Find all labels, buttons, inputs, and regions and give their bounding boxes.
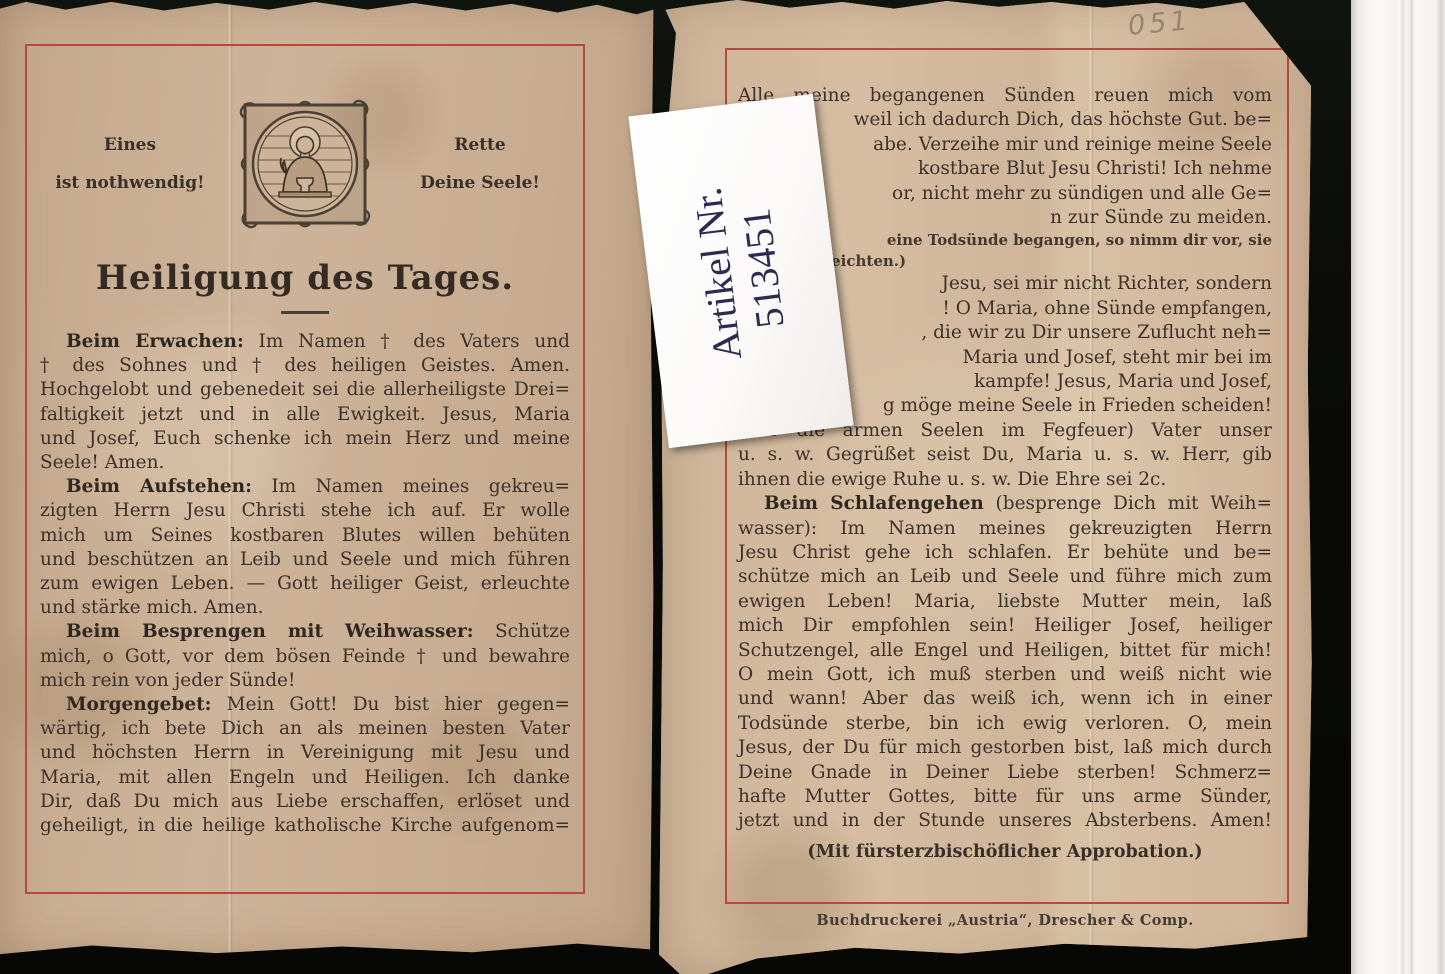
text-line: Beim Besprengen mit Weihwasser: Schütze xyxy=(40,620,570,644)
christ-vignette-engraving xyxy=(235,96,375,232)
text-line: Alle meine begangenen Sünden reuen mich … xyxy=(738,84,1272,108)
text-line: mich Dir empfohlen sein! Heiliger Josef,… xyxy=(738,614,1272,638)
text-line: Dir, daß Du mich aus Liebe erschaffen, e… xyxy=(40,790,570,814)
text-line: Jesu Christ gehe ich schlafen. Er behüte… xyxy=(738,541,1272,565)
text-line: mich, o Gott, vor dem bösen Feinde † und… xyxy=(40,645,570,669)
red-border-frame-left: Eines ist nothwendig! xyxy=(25,44,585,894)
text-line: ewigen Leben! Maria, liebste Mutter mein… xyxy=(738,590,1272,614)
motto-left-line1: Eines xyxy=(41,126,219,164)
text-line: Maria, mit allen Engeln und Heiligen. Ic… xyxy=(40,766,570,790)
title-divider xyxy=(281,311,329,314)
text-line: Schutzengel, alle Engel und Heiligen, bi… xyxy=(738,639,1272,663)
text-line: Deine Gnade in Deiner Liebe sterben! Sch… xyxy=(738,761,1272,785)
motto-right-line1: Rette xyxy=(391,126,569,164)
text-line: und wann! Aber das weiß ich, wenn ich in… xyxy=(738,687,1272,711)
text-line: Beim Schlafengehen (besprenge Dich mit W… xyxy=(738,492,1272,516)
text-line: Morgengebet: Mein Gott! Du bist hier geg… xyxy=(40,693,570,717)
text-line: mich um Seines kostbaren Blutes willen b… xyxy=(40,524,570,548)
text-line: und beschützen an Leib und Seele und mic… xyxy=(40,548,570,572)
text-line: ihnen die ewige Ruhe u. s. w. Die Ehre s… xyxy=(738,468,1272,492)
text-line: wasser): Im Namen meines gekreuzigten He… xyxy=(738,517,1272,541)
motto-left: Eines ist nothwendig! xyxy=(41,126,219,202)
text-line: † des Sohnes und † des heiligen Geistes.… xyxy=(40,354,570,378)
text-line: u. s. w. Gegrüßet seist Du, Maria u. s. … xyxy=(738,443,1272,467)
text-line: hafte Mutter Gottes, bitte für uns arme … xyxy=(738,785,1272,809)
text-line: faltigkeit jetzt und in alle Ewigkeit. J… xyxy=(40,403,570,427)
text-line: wärtig, ich bete Dich an als meinen best… xyxy=(40,717,570,741)
text-line: und höchsten Herrn in Vereinigung mit Je… xyxy=(40,741,570,765)
text-line: mich rein von jeder Sünde! xyxy=(40,669,570,693)
text-line: zigten Herrn Jesu Christi stehe ich auf.… xyxy=(40,499,570,523)
text-line: und stärke mich. Amen. xyxy=(40,596,570,620)
scanned-prayer-card-photo: Eines ist nothwendig! xyxy=(0,0,1445,974)
text-line: Beim Erwachen: Im Namen † des Vaters und xyxy=(40,330,570,354)
prayer-text-left: Beim Erwachen: Im Namen † des Vaters und… xyxy=(40,330,570,838)
printer-imprint: Buchdruckerei „Austria“, Drescher & Comp… xyxy=(725,912,1285,929)
text-line: jetzt und in der Stunde unseres Absterbe… xyxy=(738,809,1272,833)
motto-left-line2: ist nothwendig! xyxy=(41,164,219,202)
page-title: Heiligung des Tages. xyxy=(27,258,583,298)
header-row: Eines ist nothwendig! xyxy=(41,96,569,232)
motto-right: Rette Deine Seele! xyxy=(391,126,569,202)
text-line: Jesus, der Du für mich gestorben bist, l… xyxy=(738,736,1272,760)
text-line: und Josef, Euch schenke ich mein Herz un… xyxy=(40,427,570,451)
text-line: geheiligt, in die heilige katholische Ki… xyxy=(40,814,570,838)
text-line: O mein Gott, ich muß sterben und weiß ni… xyxy=(738,663,1272,687)
text-line: weil ich dadurch Dich, das höchste Gut. … xyxy=(738,108,1272,132)
approbation-note: (Mit fürsterzbischöflicher Approbation.) xyxy=(725,842,1285,862)
pencil-mark: 051 xyxy=(1127,5,1193,41)
prayer-card-left-page: Eines ist nothwendig! xyxy=(0,0,656,957)
text-line: Seele! Amen. xyxy=(40,451,570,475)
text-line: Hochgelobt und gebenedeit sei die allerh… xyxy=(40,378,570,402)
text-line: Beim Aufstehen: Im Namen meines gekreu= xyxy=(40,475,570,499)
article-number-text: Artikel Nr. 513451 xyxy=(685,179,797,362)
text-line: Todsünde sterbe, bin ich ewig verloren. … xyxy=(738,712,1272,736)
text-line: schütze mich an Leib und Seele und führe… xyxy=(738,565,1272,589)
text-line: zum ewigen Leben. — Gott heiliger Geist,… xyxy=(40,572,570,596)
motto-right-line2: Deine Seele! xyxy=(391,164,569,202)
scan-edge-strip xyxy=(1351,0,1445,974)
